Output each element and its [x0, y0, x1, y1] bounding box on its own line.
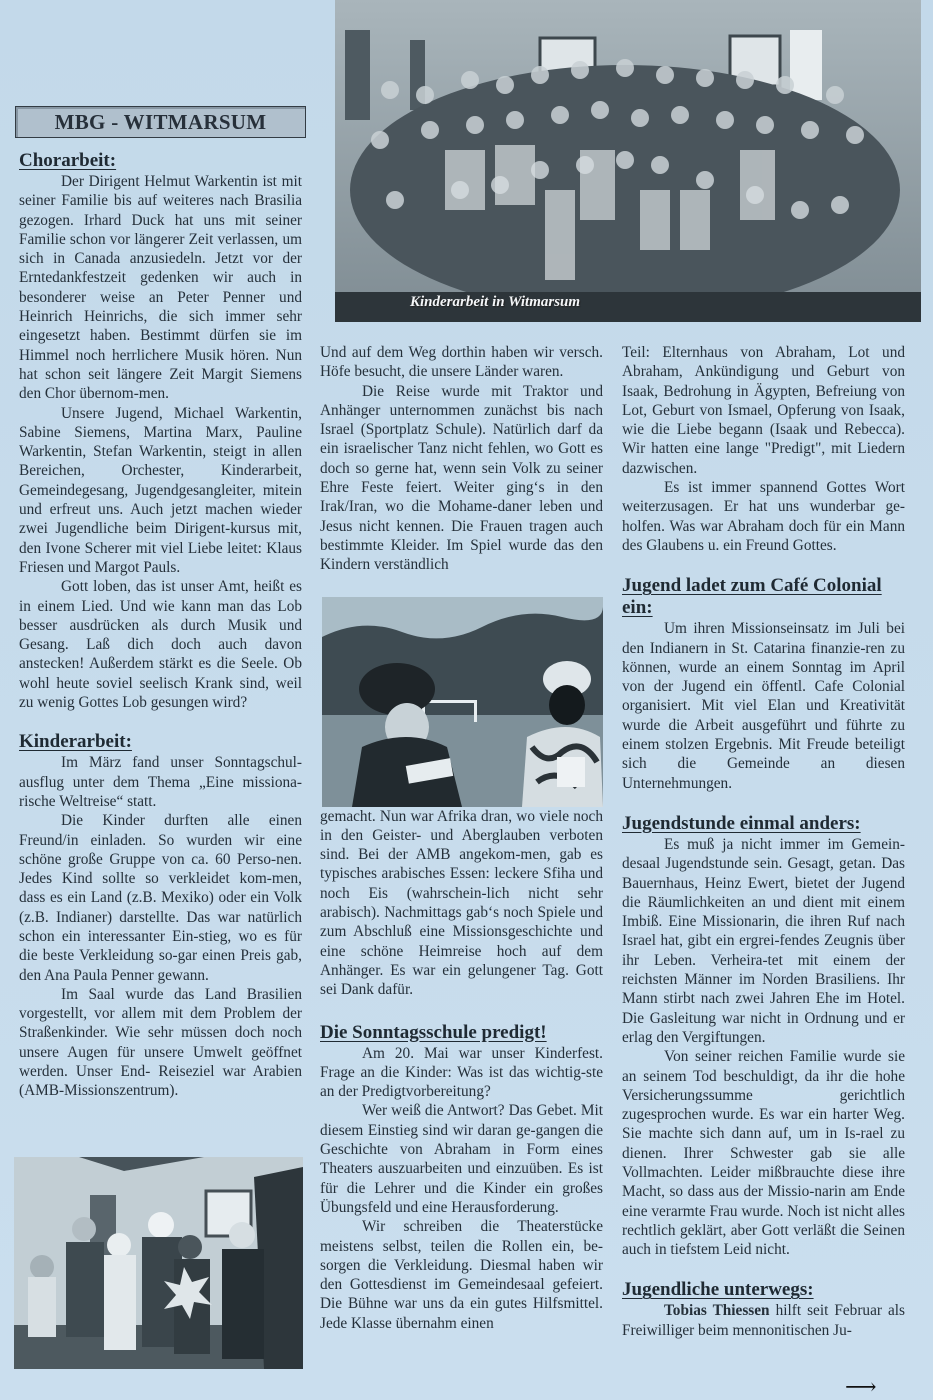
heading-kinderarbeit: Kinderarbeit:	[19, 731, 302, 753]
paragraph: Um ihren Missionseinsatz im Juli bei den…	[622, 619, 905, 793]
paragraph: Wir schreiben die Theaterstücke meistens…	[320, 1217, 603, 1333]
paragraph: gemacht. Nun war Afrika dran, wo viele n…	[320, 807, 603, 1000]
continue-arrow-icon: ⟶	[845, 1378, 877, 1396]
paragraph: Die Kinder durften alle einen Freund/in …	[19, 811, 302, 985]
paragraph: Es muß ja nicht immer im Gemein-desaal J…	[622, 835, 905, 1047]
paragraph: Am 20. Mai war unser Kinderfest. Frage a…	[320, 1044, 603, 1102]
paragraph: Es ist immer spannend Gottes Wort weiter…	[622, 478, 905, 555]
paragraph: Gott loben, das ist unser Amt, heißt es …	[19, 577, 302, 712]
paragraph: Tobias Thiessen hilft seit Februar als F…	[622, 1301, 905, 1340]
paragraph: Die Reise wurde mit Traktor und Anhänger…	[320, 382, 603, 575]
stage-photo-image	[14, 1157, 303, 1369]
group-photo-image	[335, 0, 921, 322]
paragraph: Der Dirigent Helmut Warkentin ist mit se…	[19, 172, 302, 404]
heading-jugendliche-unterwegs: Jugendliche unterwegs:	[622, 1279, 905, 1301]
heading-sonntagsschule: Die Sonntagsschule predigt!	[320, 1022, 603, 1044]
paragraph: Und auf dem Weg dorthin haben wir versch…	[320, 343, 603, 382]
heading-chorarbeit: Chorarbeit:	[19, 150, 302, 172]
stage-photo	[14, 1157, 303, 1369]
paragraph: Teil: Elternhaus von Abraham, Lot und Ab…	[622, 343, 905, 478]
column-right: Teil: Elternhaus von Abraham, Lot und Ab…	[622, 343, 905, 1340]
column-left: Chorarbeit: Der Dirigent Helmut Warkenti…	[19, 105, 302, 1101]
paragraph: Wer weiß die Antwort? Das Gebet. Mit die…	[320, 1101, 603, 1217]
paragraph: Im Saal wurde das Land Brasilien vorgest…	[19, 985, 302, 1101]
group-photo-caption: Kinderarbeit in Witmarsum	[410, 294, 580, 311]
person-name: Tobias Thiessen	[664, 1302, 770, 1319]
paragraph: Im März fand unser Sonntagschul-ausflug …	[19, 753, 302, 811]
heading-cafe-colonial: Jugend ladet zum Café Colonial ein:	[622, 575, 905, 619]
column-middle: Und auf dem Weg dorthin haben wir versch…	[320, 343, 603, 1333]
group-photo: Kinderarbeit in Witmarsum	[335, 0, 921, 322]
paragraph: Unsere Jugend, Michael Warkentin, Sabine…	[19, 404, 302, 578]
paragraph: Von seiner reichen Familie wurde sie an …	[622, 1047, 905, 1259]
heading-jugendstunde: Jugendstunde einmal anders:	[622, 813, 905, 835]
